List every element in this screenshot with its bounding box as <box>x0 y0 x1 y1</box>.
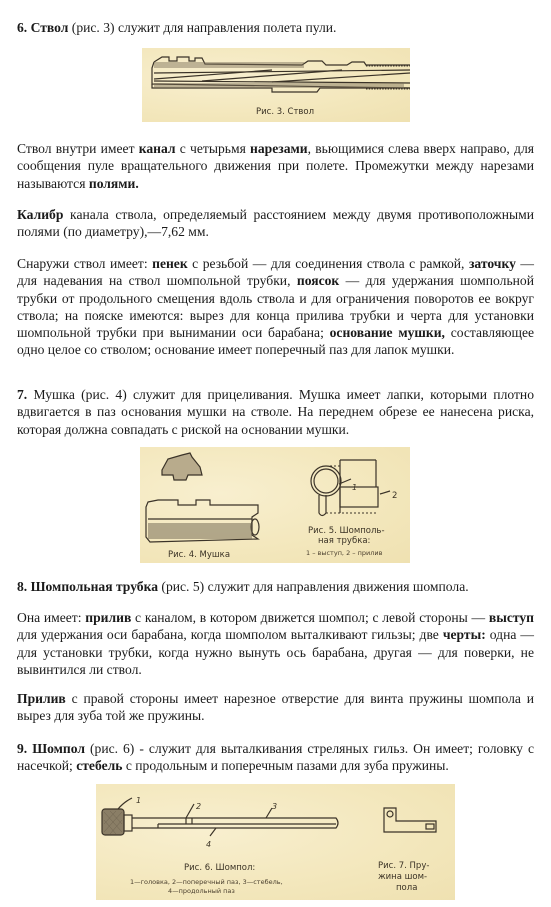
cropped-heading-remnant <box>260 0 380 3</box>
bold-term: канал <box>139 141 176 156</box>
text-run: с четырьмя <box>176 141 250 156</box>
bold-term: 6. Ствол <box>17 20 68 35</box>
text-run: Мушка (рис. 4) служит для прицеливания. … <box>17 387 534 437</box>
figure-6-7-ramrod-and-spring: 1 2 3 4 Рис. 6. Шомпол: 1—головка, 2—поп… <box>96 784 455 900</box>
bold-term: черты: <box>443 627 486 642</box>
paragraph-rod-tube-features: Она имеет: прилив с каналом, в котором д… <box>17 609 534 678</box>
bold-term: прилив <box>85 610 131 625</box>
bold-term: пенек <box>152 256 188 271</box>
paragraph-ramrod: 9. Шомпол (рис. 6) - служит для выталкив… <box>17 740 534 775</box>
bold-term: основание мушки, <box>330 325 445 340</box>
bold-term: нарезами <box>250 141 308 156</box>
figure-3-barrel: Рис. 3. Ствол <box>142 48 410 122</box>
bold-term: Прилив <box>17 691 66 706</box>
figure-7-caption-line3: пола <box>396 880 417 897</box>
label-2: 2 <box>392 488 397 505</box>
bold-term: поясок <box>297 273 339 288</box>
text-run: (рис. 3) служит для направления полета п… <box>68 20 336 35</box>
paragraph-front-sight: 7. Мушка (рис. 4) служит для прицеливани… <box>17 386 534 438</box>
bold-term: выступ <box>489 610 534 625</box>
paragraph-rod-tube-heading: 8. Шомпольная трубка (рис. 5) служит для… <box>17 578 534 595</box>
text-run: с правой стороны имеет нарезное отверсти… <box>17 691 534 723</box>
figure-3-caption: Рис. 3. Ствол <box>256 104 314 121</box>
bold-term: 8. Шомпольная трубка <box>17 579 158 594</box>
label-1: 1 <box>136 792 141 809</box>
label-2: 2 <box>196 798 201 815</box>
paragraph-caliber: Калибр канала ствола, определяемый расст… <box>17 206 534 241</box>
label-4: 4 <box>206 836 211 853</box>
bold-term: Калибр <box>17 207 63 222</box>
bold-term: 7. <box>17 387 27 402</box>
label-3: 3 <box>272 798 277 815</box>
paragraph-barrel-exterior: Снаружи ствол имеет: пенек с резьбой — д… <box>17 255 534 359</box>
paragraph-barrel-heading: 6. Ствол (рис. 3) служит для направления… <box>17 19 534 36</box>
figure-4-caption: Рис. 4. Мушка <box>168 547 230 564</box>
text-run: Снаружи ствол имеет: <box>17 256 152 271</box>
figure-4-5-front-sight-and-rod-tube: 1 2 Рис. 4. Мушка Рис. 5. Шомполь- ная т… <box>140 447 410 563</box>
text-run: Ствол внутри имеет <box>17 141 139 156</box>
bold-term: 9. Шомпол <box>17 741 85 756</box>
figure-5-legend: 1 – выступ, 2 – прилив <box>306 545 382 562</box>
paragraph-barrel-bore: Ствол внутри имеет канал с четырьмя наре… <box>17 140 534 192</box>
text-run: с резьбой — для соединения ствола с рамк… <box>188 256 469 271</box>
text-run: канала ствола, определяемый расстоянием … <box>17 207 534 239</box>
text-run: (рис. 5) служит для направления движения… <box>158 579 469 594</box>
label-1: 1 <box>352 479 357 496</box>
paragraph-lug: Прилив с правой стороны имеет нарезное о… <box>17 690 534 725</box>
text-run: с продольным и поперечным пазами для зуб… <box>122 758 448 773</box>
figure-6-legend-line2: 4—продольный паз <box>168 883 235 900</box>
text-run: для удержания оси барабана, когда шомпол… <box>17 627 443 642</box>
bold-term: заточку <box>469 256 516 271</box>
text-run: Она имеет: <box>17 610 85 625</box>
bold-term: полями. <box>89 176 139 191</box>
bold-term: стебель <box>76 758 122 773</box>
text-run: с каналом, в котором движется шомпол; с … <box>131 610 489 625</box>
